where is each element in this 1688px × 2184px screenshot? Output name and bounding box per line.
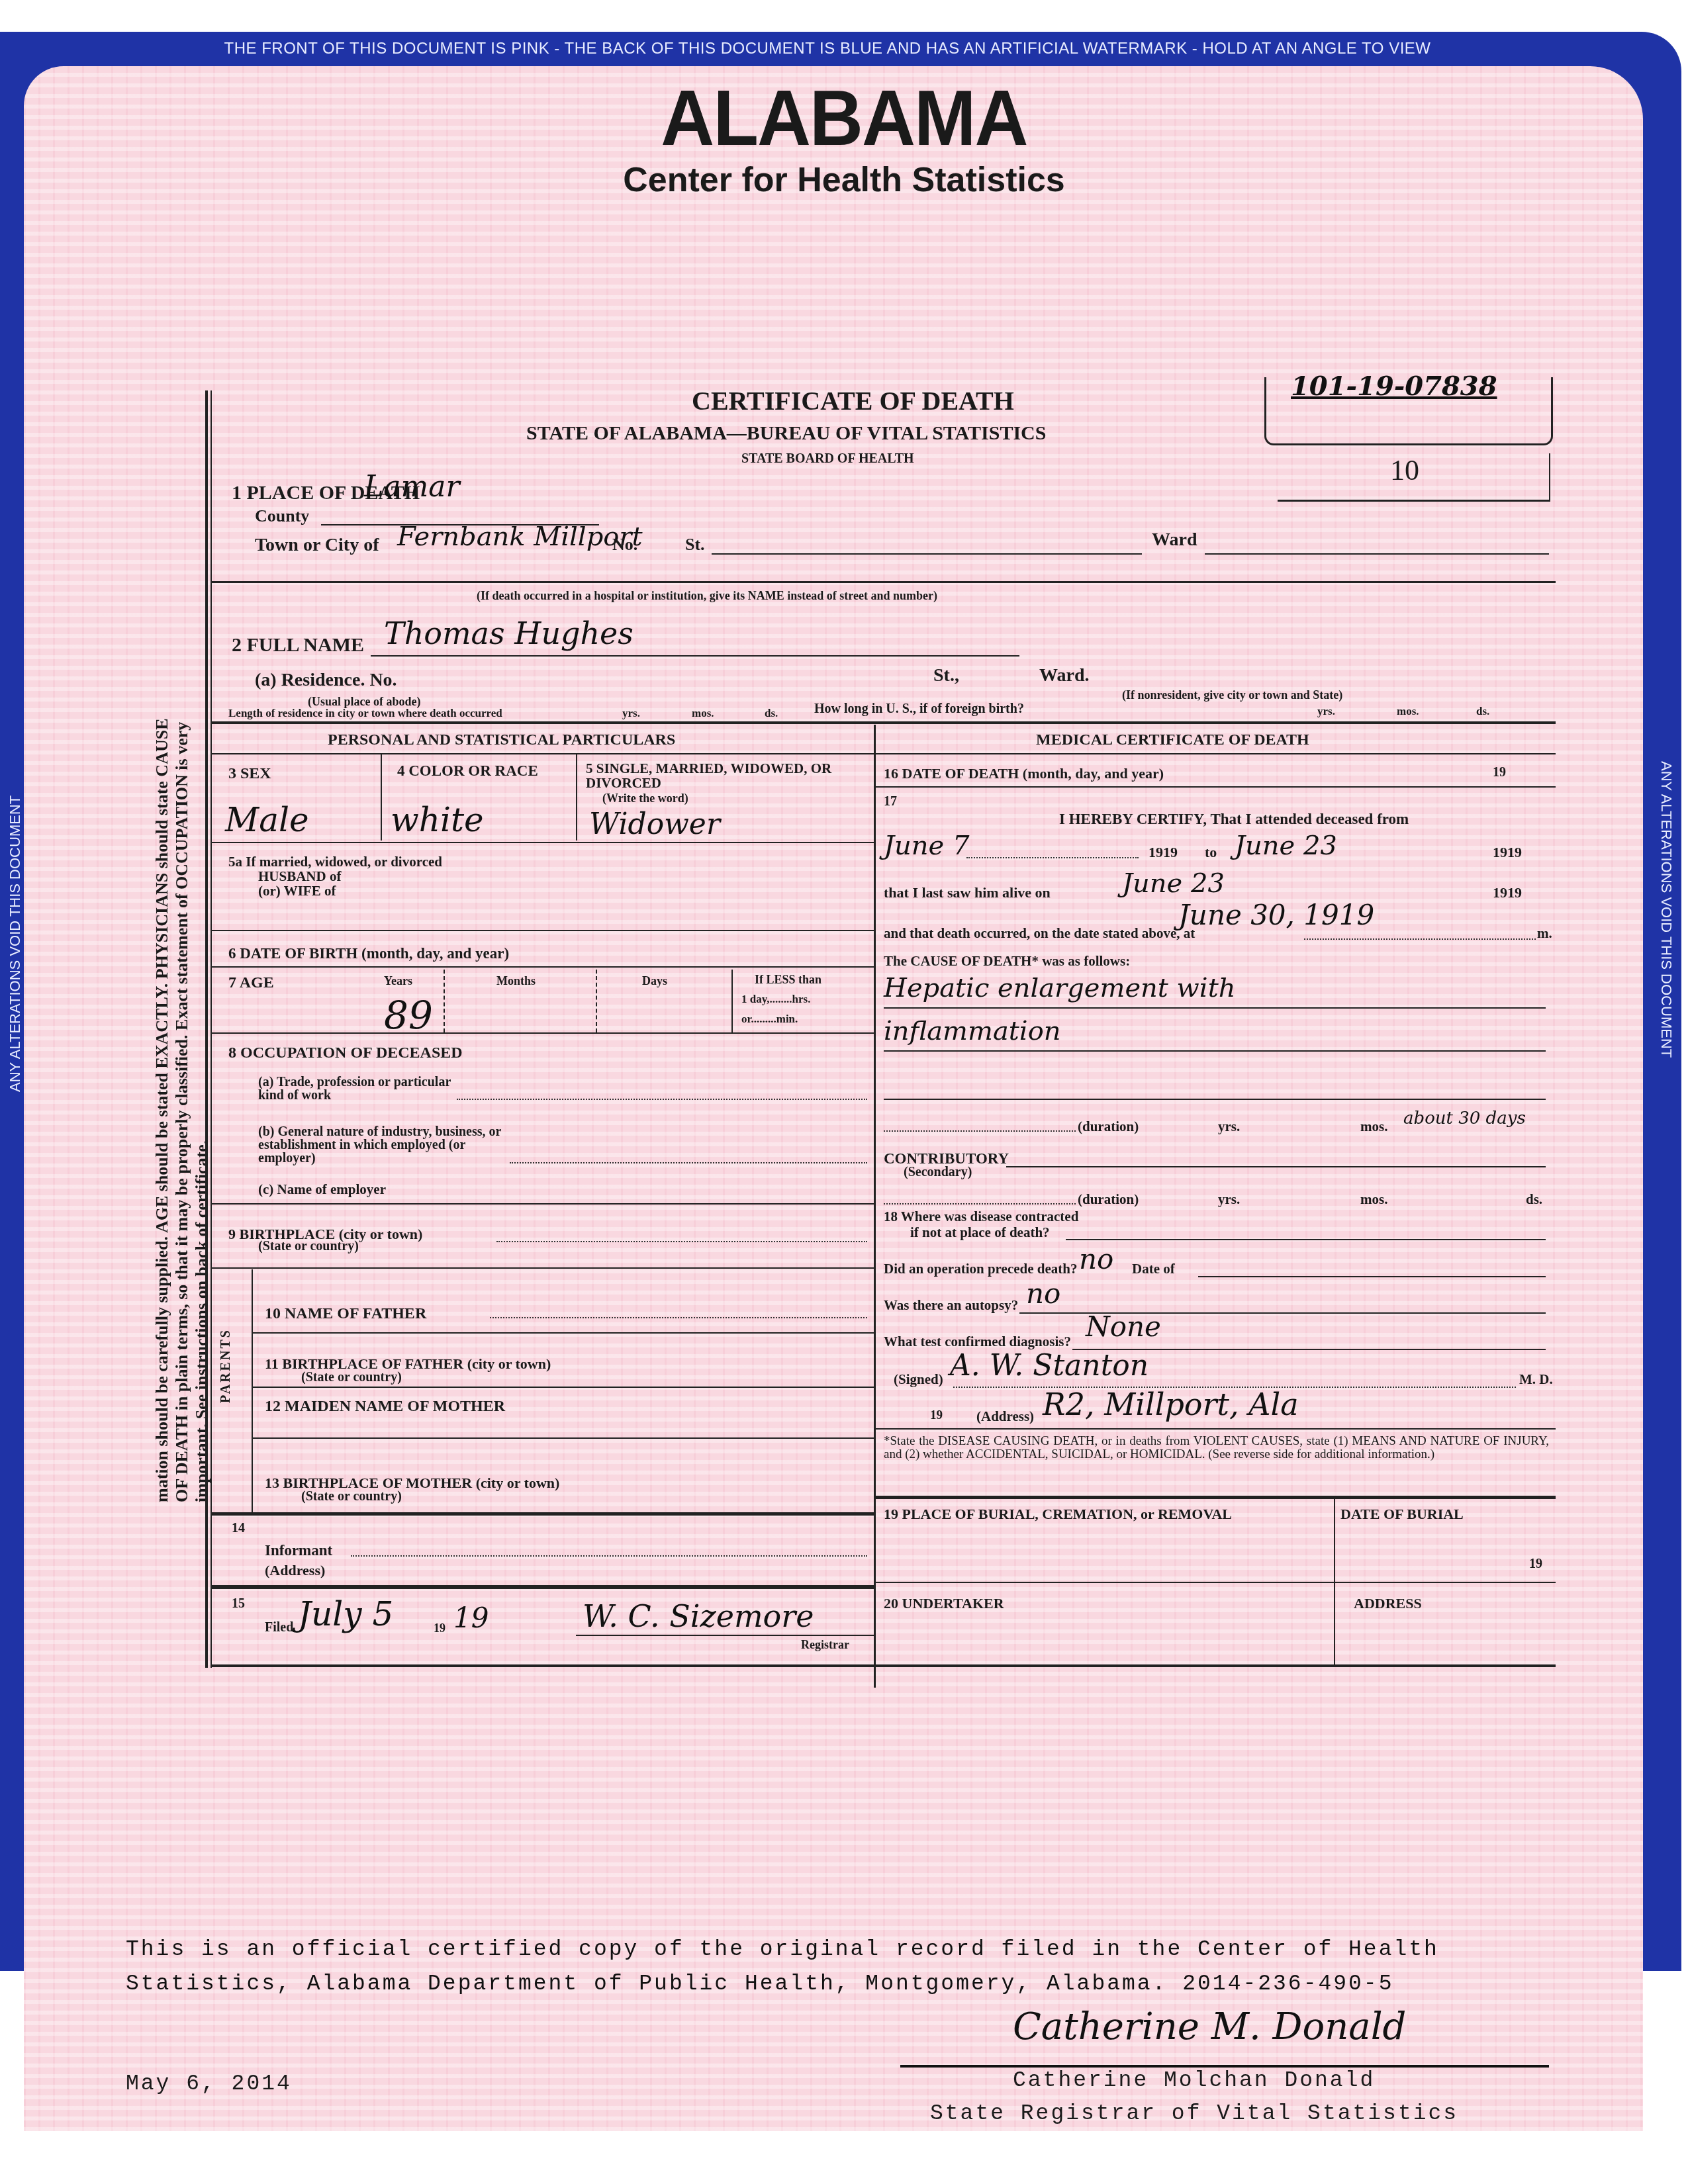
- ward-label: Ward: [1152, 529, 1197, 551]
- filed-label: Filed: [265, 1620, 293, 1635]
- employer-name-label: (c) Name of employer: [258, 1181, 386, 1198]
- signed-label: (Signed): [894, 1371, 943, 1388]
- undertaker-label: 20 UNDERTAKER: [884, 1595, 1004, 1612]
- operation-label: Did an operation precede death?: [884, 1261, 1077, 1277]
- register-number: 10: [1390, 453, 1419, 487]
- father-name-label: 10 NAME OF FATHER: [265, 1305, 426, 1323]
- age-label: 7 AGE: [228, 974, 274, 992]
- marital-note: (Write the word): [602, 792, 688, 805]
- county-label: County: [255, 506, 309, 526]
- burial-place-label: 19 PLACE OF BURIAL, CREMATION, or REMOVA…: [884, 1506, 1232, 1523]
- issue-date: May 6, 2014: [126, 2071, 292, 2096]
- town-value[interactable]: Fernbank Millport: [397, 522, 643, 552]
- death-date-value[interactable]: June 30, 1919: [1178, 899, 1374, 931]
- duration-value[interactable]: about 30 days: [1403, 1109, 1526, 1128]
- mother-maiden-name-label: 12 MAIDEN NAME OF MOTHER: [265, 1398, 505, 1416]
- cause-footnote: *State the DISEASE CAUSING DEATH, or in …: [884, 1435, 1549, 1461]
- column-divider: [874, 725, 876, 1688]
- certificate-title: CERTIFICATE OF DEATH: [692, 385, 1014, 416]
- file-number: 101-19-07838: [1291, 371, 1497, 402]
- contracted-label: 18 Where was disease contracted: [884, 1208, 1078, 1225]
- sex-value[interactable]: Male: [225, 801, 309, 839]
- street-label: St.: [685, 535, 705, 555]
- filed-date-value[interactable]: July 5: [298, 1595, 393, 1633]
- wife-of-label: (or) WIFE of: [258, 883, 336, 899]
- dob-label: 6 DATE OF BIRTH (month, day, and year): [228, 945, 509, 962]
- registrar-signature: W. C. Sizemore: [583, 1598, 814, 1634]
- hospital-note: (If death occurred in a hospital or inst…: [477, 589, 937, 603]
- physician-address-value[interactable]: R2, Millport, Ala: [1043, 1387, 1299, 1422]
- vertical-instructions: mation should be carefully supplied. AGE…: [152, 377, 212, 1502]
- town-label: Town or City of: [255, 535, 379, 556]
- full-name-value[interactable]: Thomas Hughes: [384, 615, 633, 651]
- operation-value[interactable]: no: [1079, 1243, 1113, 1275]
- occupation-label: 8 OCCUPATION OF DECEASED: [228, 1044, 463, 1062]
- physician-address-label: (Address): [976, 1408, 1034, 1425]
- signature-line: [900, 2065, 1549, 2068]
- registrar-name: Catherine Molchan Donald: [1013, 2068, 1375, 2093]
- sex-label: 3 SEX: [228, 765, 271, 783]
- cause-of-death-label: The CAUSE OF DEATH* was as follows:: [884, 953, 1130, 970]
- autopsy-value[interactable]: no: [1026, 1277, 1060, 1310]
- state-registrar-signature: Catherine M. Donald: [1013, 2005, 1406, 2048]
- last-saw-label: that I last saw him alive on: [884, 884, 1051, 901]
- certification-line-1: This is an official certified copy of th…: [126, 1933, 1582, 1967]
- physician-signature: A. W. Stanton: [950, 1349, 1149, 1383]
- residence-label: (a) Residence. No.: [255, 670, 397, 691]
- death-occurred-label: and that death occurred, on the date sta…: [884, 925, 1195, 942]
- test-value[interactable]: None: [1086, 1310, 1161, 1343]
- undertaker-address-label: ADDRESS: [1354, 1595, 1422, 1612]
- full-name-label: 2 FULL NAME: [232, 634, 364, 657]
- parents-label: PARENTS: [218, 1328, 234, 1403]
- last-saw-value[interactable]: June 23: [1122, 868, 1225, 899]
- nonresident-note: (If nonresident, give city or town and S…: [1122, 688, 1342, 702]
- occupation-trade: (a) Trade, profession or particular kind…: [258, 1075, 477, 1102]
- personal-section-title: PERSONAL AND STATISTICAL PARTICULARS: [328, 731, 675, 749]
- state-name: ALABAMA: [42, 79, 1646, 158]
- marital-label: 5 SINGLE, MARRIED, WIDOWED, OR DIVORCED: [586, 761, 870, 790]
- attended-from-value[interactable]: June 7: [884, 831, 969, 861]
- registrar-label: Registrar: [801, 1638, 849, 1652]
- void-warning-right: ANY ALTERATIONS VOID THIS DOCUMENT: [1658, 761, 1675, 774]
- foreign-birth-label: How long in U. S., if of foreign birth?: [814, 702, 1024, 717]
- filed-year-value[interactable]: 19: [453, 1602, 489, 1634]
- county-value[interactable]: Lamar: [364, 470, 459, 504]
- cause-of-death-line1[interactable]: Hepatic enlargement with: [884, 973, 1235, 1003]
- certificate-subtitle: STATE OF ALABAMA—BUREAU OF VITAL STATIST…: [526, 422, 1046, 445]
- cause-of-death-line2[interactable]: inflammation: [884, 1016, 1061, 1046]
- occupation-industry: (b) General nature of industry, business…: [258, 1125, 503, 1165]
- medical-section-title: MEDICAL CERTIFICATE OF DEATH: [1036, 731, 1309, 749]
- residence-ward-label: Ward.: [1039, 665, 1089, 686]
- date-of-death-label: 16 DATE OF DEATH (month, day, and year): [884, 765, 1164, 782]
- void-warning-left: ANY ALTERATIONS VOID THIS DOCUMENT: [7, 796, 24, 1092]
- autopsy-label: Was there an autopsy?: [884, 1297, 1018, 1314]
- informant-label: Informant: [265, 1542, 332, 1559]
- informant-address-label: (Address): [265, 1562, 325, 1579]
- age-years-value[interactable]: 89: [384, 993, 433, 1038]
- certification-statement: This is an official certified copy of th…: [126, 1933, 1582, 2001]
- length-residence-label: Length of residence in city or town wher…: [228, 707, 502, 720]
- race-value[interactable]: white: [391, 801, 484, 839]
- registrar-title: State Registrar of Vital Statistics: [930, 2101, 1458, 2126]
- security-banner: THE FRONT OF THIS DOCUMENT IS PINK - THE…: [0, 40, 1655, 58]
- race-label: 4 COLOR OR RACE: [397, 762, 538, 780]
- certify-statement: I HEREBY CERTIFY, That I attended deceas…: [1059, 811, 1409, 828]
- agency-name: Center for Health Statistics: [0, 160, 1688, 200]
- certification-line-2: Statistics, Alabama Department of Public…: [126, 1967, 1582, 2001]
- issuer-header: ALABAMA Center for Health Statistics: [0, 79, 1688, 200]
- residence-street-label: St.,: [933, 665, 959, 686]
- board-name: STATE BOARD OF HEALTH: [741, 451, 914, 467]
- marital-value[interactable]: Widower: [589, 807, 720, 841]
- test-label: What test confirmed diagnosis?: [884, 1334, 1071, 1350]
- street-number-label: No.: [612, 535, 637, 555]
- burial-date-label: DATE OF BURIAL: [1340, 1506, 1464, 1523]
- death-certificate-form: CERTIFICATE OF DEATH STATE OF ALABAMA—BU…: [205, 371, 1556, 1688]
- attended-to-value[interactable]: June 23: [1235, 831, 1337, 861]
